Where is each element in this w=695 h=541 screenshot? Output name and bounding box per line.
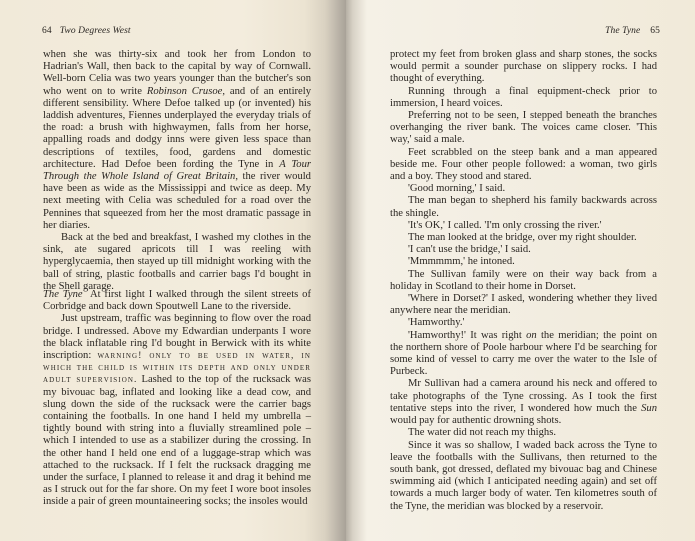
paragraph: when she was thirty-six and took her fro… [43,49,311,232]
paragraph: protect my feet from broken glass and sh… [390,49,657,86]
paragraph: The water did not reach my thighs. [390,427,657,439]
paragraph: Preferring not to be seen, I stepped ben… [390,110,657,147]
paragraph: Back at the bed and breakfast, I washed … [43,232,311,293]
paragraph: 'Hamworthy.' [390,317,657,329]
left-text-block-1: when she was thirty-six and took her fro… [43,49,311,293]
right-running-head: The Tyne65 [605,26,660,36]
paragraph: 'Hamworthy!' It was right on the meridia… [390,330,657,379]
paragraph: Running through a final equipment-check … [390,86,657,110]
right-page: The Tyne65 protect my feet from broken g… [346,0,695,541]
paragraph: The man began to shepherd his family bac… [390,195,657,219]
right-text-block: protect my feet from broken glass and sh… [390,49,657,513]
paragraph: The Sullivan family were on their way ba… [390,269,657,293]
left-text-block-2: The Tyne At first light I walked through… [43,289,311,509]
paragraph: 'Mmmmmm,' he intoned. [390,256,657,268]
italic-title: Robinson Crusoe [147,86,223,97]
left-running-head: 64Two Degrees West [42,26,131,36]
paragraph: 'It's OK,' I called. 'I'm only crossing … [390,220,657,232]
paragraph: Just upstream, traffic was beginning to … [43,313,311,508]
paragraph: 'Where in Dorset?' I asked, wondering wh… [390,293,657,317]
page-number: 65 [650,26,660,36]
paragraph: The man looked at the bridge, over my ri… [390,232,657,244]
paragraph: 'I can't use the bridge,' I said. [390,244,657,256]
page-number: 64 [42,26,52,36]
chapter-title: The Tyne [605,26,640,36]
left-page: 64Two Degrees West when she was thirty-s… [0,0,346,541]
book-title: Two Degrees West [60,26,131,36]
book-spread: 64Two Degrees West when she was thirty-s… [0,0,695,541]
section-heading: The Tyne [43,289,83,300]
paragraph: Mr Sullivan had a camera around his neck… [390,378,657,427]
paragraph: The Tyne At first light I walked through… [43,289,311,313]
paragraph: Since it was so shallow, I waded back ac… [390,440,657,513]
italic-newspaper: Sun [641,403,657,414]
paragraph: Feet scrabbled on the steep bank and a m… [390,147,657,184]
paragraph: 'Good morning,' I said. [390,183,657,195]
